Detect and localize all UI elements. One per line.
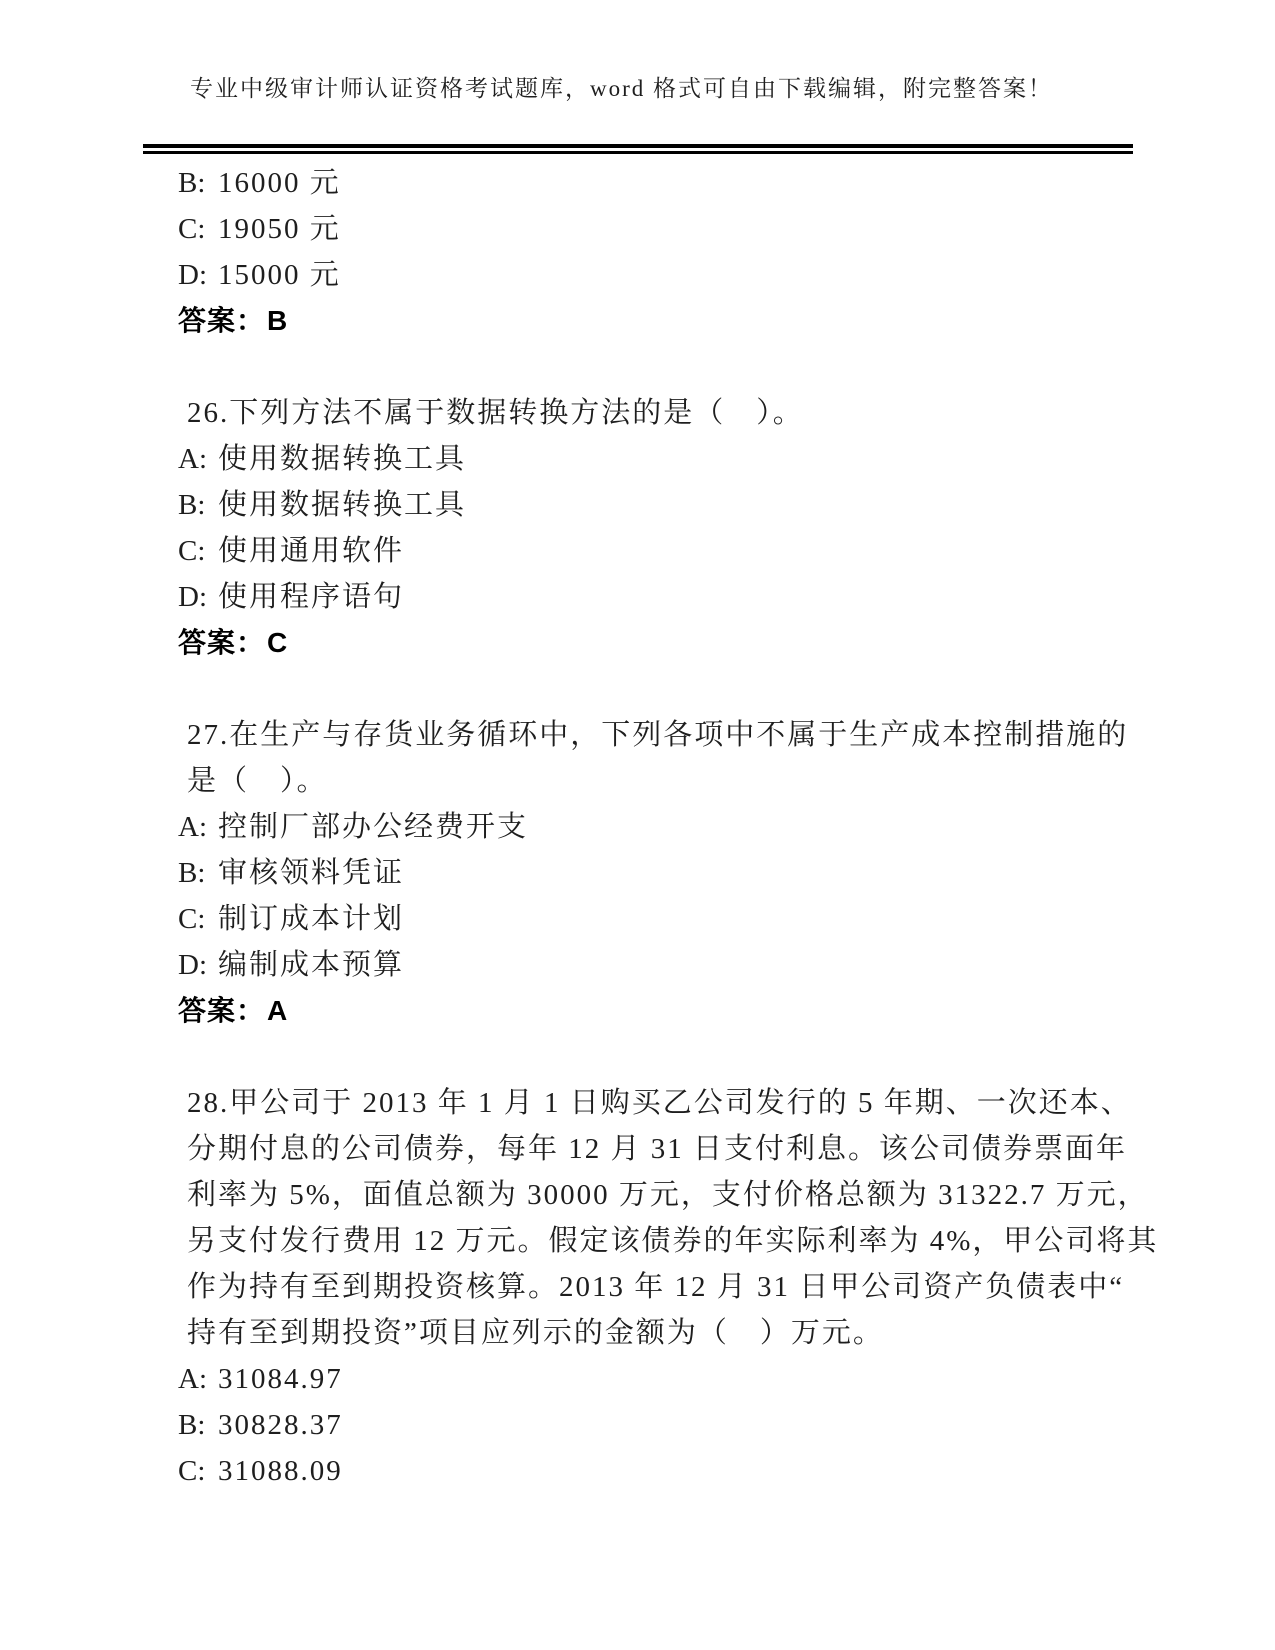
option-text: 编制成本预算 (218, 949, 404, 981)
question-stem-line: 26.下列方法不属于数据转换方法的是（ ）。 (178, 390, 1093, 436)
question-stem-line: 利率为 5%，面值总额为 30000 万元，支付价格总额为 31322.7 万元… (178, 1172, 1093, 1218)
question-stem-line: 分期付息的公司债券，每年 12 月 31 日支付利息。该公司债券票面年 (178, 1126, 1093, 1172)
answer-value: C (267, 627, 288, 658)
answer-line: 答案：A (178, 988, 1093, 1034)
option-label: D: (178, 574, 218, 620)
option-label: A: (178, 804, 218, 850)
option-text: 使用数据转换工具 (218, 443, 466, 475)
answer-line: 答案：B (178, 298, 1093, 344)
option-label: C: (178, 206, 218, 252)
option-text: 控制厂部办公经费开支 (218, 811, 528, 843)
option-row: C:19050 元 (178, 206, 1093, 252)
answer-label: 答案： (178, 995, 265, 1026)
answer-label: 答案： (178, 627, 265, 658)
option-row: A:控制厂部办公经费开支 (178, 804, 1093, 850)
question-block: 28.甲公司于 2013 年 1 月 1 日购买乙公司发行的 5 年期、一次还本… (178, 1080, 1093, 1494)
option-text: 使用数据转换工具 (218, 489, 466, 521)
question-stem-line: 是（ ）。 (178, 758, 1093, 804)
option-label: B: (178, 160, 218, 206)
option-row: B:16000 元 (178, 160, 1093, 206)
option-text: 16000 元 (218, 167, 341, 199)
option-row: D:15000 元 (178, 252, 1093, 298)
option-label: A: (178, 436, 218, 482)
answer-value: B (267, 305, 288, 336)
option-text: 31084.97 (218, 1363, 343, 1395)
option-text: 审核领料凭证 (218, 857, 404, 889)
option-row: D:使用程序语句 (178, 574, 1093, 620)
option-text: 19050 元 (218, 213, 341, 245)
answer-line: 答案：C (178, 620, 1093, 666)
question-block: B:16000 元 C:19050 元 D:15000 元 答案：B (178, 160, 1093, 344)
option-label: A: (178, 1356, 218, 1402)
option-text: 使用通用软件 (218, 535, 404, 567)
option-label: D: (178, 252, 218, 298)
option-text: 30828.37 (218, 1409, 343, 1441)
question-stem-line: 28.甲公司于 2013 年 1 月 1 日购买乙公司发行的 5 年期、一次还本… (178, 1080, 1093, 1126)
option-label: C: (178, 528, 218, 574)
option-row: B:30828.37 (178, 1402, 1093, 1448)
option-row: A:使用数据转换工具 (178, 436, 1093, 482)
option-text: 制订成本计划 (218, 903, 404, 935)
option-text: 使用程序语句 (218, 581, 404, 613)
option-text: 15000 元 (218, 259, 341, 291)
question-stem-line: 持有至到期投资”项目应列示的金额为（ ）万元。 (178, 1310, 1093, 1356)
answer-label: 答案： (178, 305, 265, 336)
header-title: 专业中级审计师认证资格考试题库，word 格式可自由下载编辑，附完整答案！ (190, 70, 1053, 103)
option-row: C:使用通用软件 (178, 528, 1093, 574)
answer-value: A (267, 995, 288, 1026)
option-label: D: (178, 942, 218, 988)
document-body: B:16000 元 C:19050 元 D:15000 元 答案：B 26.下列… (178, 160, 1093, 1494)
option-row: D:编制成本预算 (178, 942, 1093, 988)
option-label: B: (178, 850, 218, 896)
option-row: B:审核领料凭证 (178, 850, 1093, 896)
question-stem-line: 另支付发行费用 12 万元。假定该债券的年实际利率为 4%，甲公司将其 (178, 1218, 1093, 1264)
option-label: C: (178, 1448, 218, 1494)
header-rule-thin-line (143, 151, 1133, 154)
option-row: A:31084.97 (178, 1356, 1093, 1402)
option-row: B:使用数据转换工具 (178, 482, 1093, 528)
question-block: 26.下列方法不属于数据转换方法的是（ ）。 A:使用数据转换工具 B:使用数据… (178, 390, 1093, 666)
option-row: C:31088.09 (178, 1448, 1093, 1494)
option-label: C: (178, 896, 218, 942)
option-label: B: (178, 482, 218, 528)
header-rule (143, 144, 1133, 154)
question-stem-line: 27.在生产与存货业务循环中，下列各项中不属于生产成本控制措施的 (178, 712, 1093, 758)
option-label: B: (178, 1402, 218, 1448)
option-row: C:制订成本计划 (178, 896, 1093, 942)
option-text: 31088.09 (218, 1455, 343, 1487)
question-block: 27.在生产与存货业务循环中，下列各项中不属于生产成本控制措施的 是（ ）。 A… (178, 712, 1093, 1034)
question-stem-line: 作为持有至到期投资核算。2013 年 12 月 31 日甲公司资产负债表中“ (178, 1264, 1093, 1310)
